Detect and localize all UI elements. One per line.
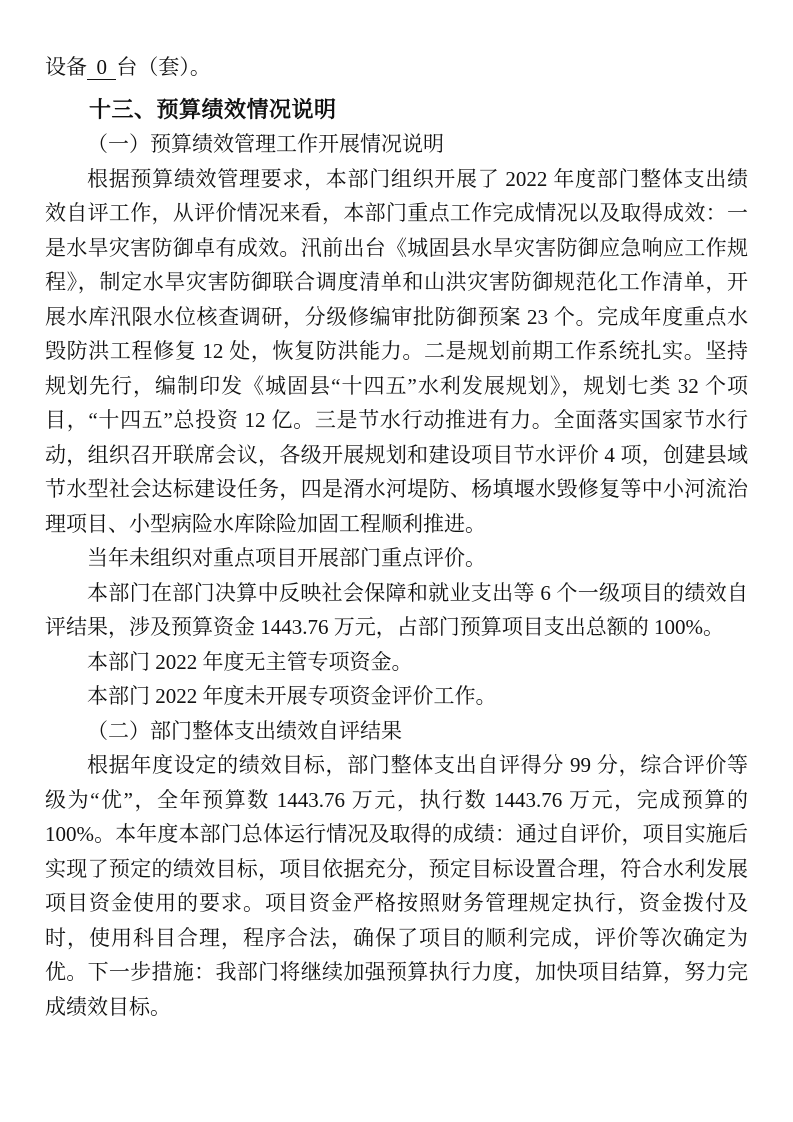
paragraph-no-special-funds: 本部门 2022 年度无主管专项资金。	[45, 645, 748, 680]
equipment-count-prefix: 设备	[45, 55, 87, 79]
subsection-title-1: （一）预算绩效管理工作开展情况说明	[45, 127, 748, 162]
document-page: 设备0台（套）。 十三、预算绩效情况说明 （一）预算绩效管理工作开展情况说明 根…	[0, 0, 793, 1122]
paragraph-overall-self-evaluation: 根据年度设定的绩效目标，部门整体支出自评得分 99 分，综合评价等级为“优”，全…	[45, 748, 748, 1024]
equipment-count-line: 设备0台（套）。	[45, 50, 748, 85]
paragraph-no-key-project-evaluation: 当年未组织对重点项目开展部门重点评价。	[45, 541, 748, 576]
equipment-count-suffix: 台（套）。	[116, 55, 211, 79]
paragraph-performance-overview: 根据预算绩效管理要求，本部门组织开展了 2022 年度部门整体支出绩效自评工作，…	[45, 162, 748, 542]
paragraph-no-fund-evaluation: 本部门 2022 年度未开展专项资金评价工作。	[45, 679, 748, 714]
paragraph-self-evaluation-results: 本部门在部门决算中反映社会保障和就业支出等 6 个一级项目的绩效自评结果，涉及预…	[45, 576, 748, 645]
subsection-title-2: （二）部门整体支出绩效自评结果	[45, 714, 748, 749]
equipment-count-value: 0	[87, 56, 116, 80]
section-heading-13: 十三、预算绩效情况说明	[45, 93, 748, 128]
